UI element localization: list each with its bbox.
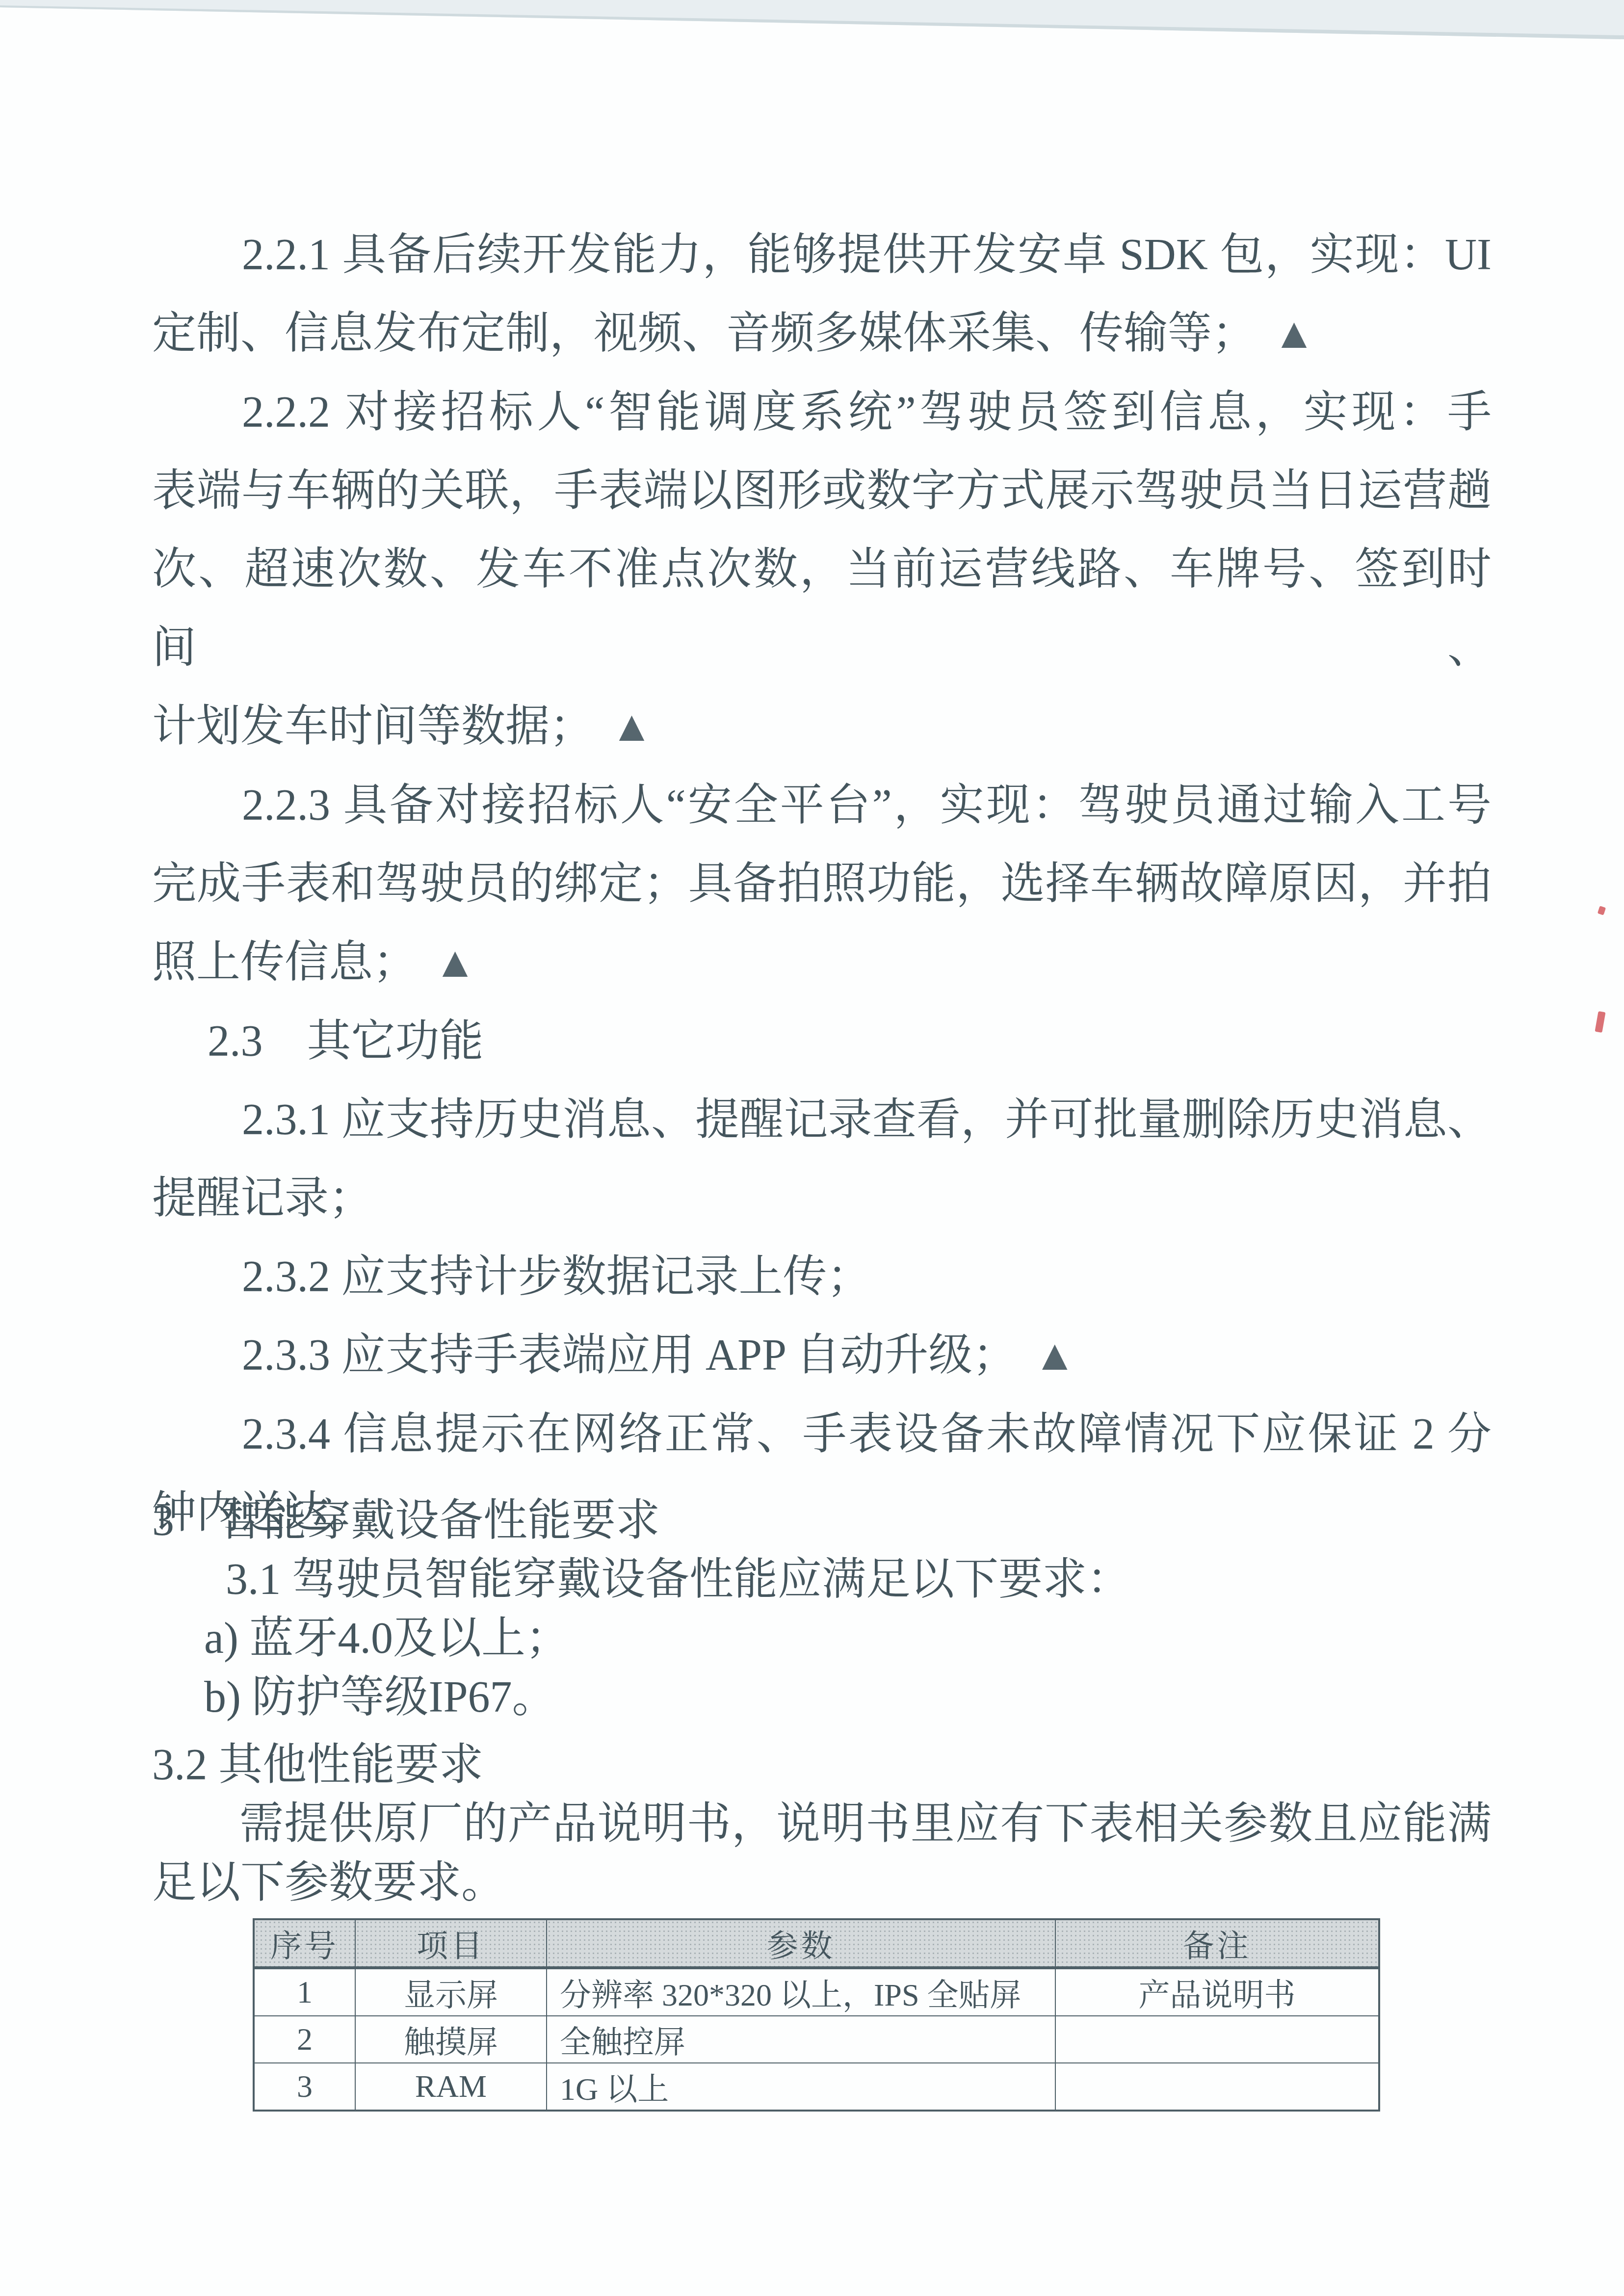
requirement-triangle-icon: ▲ [1033,1332,1076,1380]
paragraph-line: 照上传信息；▲ [152,923,1492,1002]
section3-block: 3 智能穿戴设备性能要求 3.1 驾驶员智能穿戴设备性能应满足以下要求： a) … [152,1491,1492,1912]
table-cell-item: 触摸屏 [355,2016,547,2063]
line-text: 计划发车时间等数据； [152,702,594,751]
line-text: 3.2 其他性能要求 [152,1741,483,1789]
paragraph-line: 2.3.4 信息提示在网络正常、手表设备未故障情况下应保证 2 分 [152,1395,1492,1474]
line-text: 2.3.2 应支持计步数据记录上传； [242,1252,871,1301]
table-cell-index: 1 [254,1968,355,2016]
table-row: 3 RAM 1G 以上 [254,2063,1379,2111]
line-text: 2.2.3 具备对接招标人“安全平台”，实现：驾驶员通过输入工号 [242,781,1492,830]
table-header-row: 序号 项目 参数 备注 [254,1919,1379,1968]
table-header-cell-parameter: 参数 [547,1919,1055,1968]
table-cell-parameter: 全触控屏 [547,2016,1055,2063]
table-row: 1 显示屏 分辨率 320*320 以上，IPS 全贴屏 产品说明书 [254,1968,1379,2016]
paragraph-line: 2.3.3 应支持手表端应用 APP 自动升级；▲ [152,1316,1492,1395]
line-text: 2.3 其它功能 [208,1017,484,1066]
section-heading-2-3: 2.3 其它功能 [152,1002,1492,1081]
table-cell-item: 显示屏 [355,1968,547,2016]
requirement-triangle-icon: ▲ [610,703,653,751]
paragraph-line: 定制、信息发布定制，视频、音频多媒体采集、传输等；▲ [152,294,1492,373]
line-text: 提醒记录； [152,1174,373,1223]
red-ink-speck [1595,1011,1605,1033]
spec-table: 序号 项目 参数 备注 1 显示屏 分辨率 320*320 以上，IPS 全贴屏… [253,1918,1380,2112]
table-header-cell-item: 项目 [355,1919,547,1968]
paragraph-line: 完成手表和驾驶员的绑定；具备拍照功能，选择车辆故障原因，并拍 [152,845,1492,923]
section-heading-3: 3 智能穿戴设备性能要求 [152,1491,1492,1550]
table-cell-parameter: 1G 以上 [547,2063,1055,2111]
paragraph-line: 次、超速次数、发车不准点次数，当前运营线路、车牌号、签到时间、 [152,530,1492,687]
line-text: 2.3.3 应支持手表端应用 APP 自动升级； [242,1331,1017,1380]
requirement-triangle-icon: ▲ [1273,310,1315,358]
paragraph-line: 2.2.2 对接招标人“智能调度系统”驾驶员签到信息，实现：手 [152,373,1492,452]
table-cell-parameter: 分辨率 320*320 以上，IPS 全贴屏 [547,1968,1055,2016]
paragraph-line: 计划发车时间等数据；▲ [152,687,1492,766]
line-text: 3 智能穿戴设备性能要求 [152,1496,660,1545]
line-text: 足以下参数要求。 [152,1858,505,1907]
line-text: a) 蓝牙4.0及以上； [204,1614,570,1663]
table-cell-remark: 产品说明书 [1055,1968,1379,2016]
table-cell-item: RAM [355,2063,547,2111]
table-header-cell-index: 序号 [254,1919,355,1968]
line-text: 定制、信息发布定制，视频、音频多媒体采集、传输等； [152,309,1256,358]
section-heading-3-1: 3.1 驾驶员智能穿戴设备性能应满足以下要求： [152,1550,1492,1609]
line-text: 照上传信息； [152,938,417,987]
requirement-triangle-icon: ▲ [434,939,476,987]
paragraph-line: 足以下参数要求。 [152,1853,1492,1912]
table-cell-index: 2 [254,2016,355,2063]
document-page: { "palette": { "ink": "#44555d", "triang… [0,0,1624,2296]
line-text: 表端与车辆的关联，手表端以图形或数字方式展示驾驶员当日运营趟 [152,467,1492,515]
line-text: 2.2.1 具备后续开发能力，能够提供开发安卓 SDK 包，实现：UI [242,231,1492,279]
table-cell-remark [1055,2016,1379,2063]
paragraph-line: 提醒记录； [152,1159,1492,1238]
scan-artifact-band [0,0,1624,47]
line-text: b) 防护等级IP67。 [204,1673,556,1722]
line-text: 次、超速次数、发车不准点次数，当前运营线路、车牌号、签到时间、 [152,545,1492,672]
line-text: 2.3.4 信息提示在网络正常、手表设备未故障情况下应保证 2 分 [242,1410,1492,1459]
paragraph-line: 2.2.1 具备后续开发能力，能够提供开发安卓 SDK 包，实现：UI [152,216,1492,294]
table-cell-index: 3 [254,2063,355,2111]
paragraph-line: 2.3.2 应支持计步数据记录上传； [152,1238,1492,1316]
line-text: 完成手表和驾驶员的绑定；具备拍照功能，选择车辆故障原因，并拍 [152,860,1492,908]
paragraph-line: 2.2.3 具备对接招标人“安全平台”，实现：驾驶员通过输入工号 [152,766,1492,845]
list-item-b: b) 防护等级IP67。 [152,1668,1492,1727]
table-cell-remark [1055,2063,1379,2111]
section-heading-3-2: 3.2 其他性能要求 [152,1736,1492,1795]
line-text: 2.2.2 对接招标人“智能调度系统”驾驶员签到信息，实现：手 [242,388,1492,437]
scan-band-edge [0,5,1624,39]
list-item-a: a) 蓝牙4.0及以上； [152,1609,1492,1668]
table-header-cell-remark: 备注 [1055,1919,1379,1968]
paragraph-line: 表端与车辆的关联，手表端以图形或数字方式展示驾驶员当日运营趟 [152,452,1492,530]
scan-band-shape [0,0,1624,39]
red-ink-speck [1598,906,1606,915]
line-text: 3.1 驾驶员智能穿戴设备性能应满足以下要求： [226,1555,1131,1604]
line-text: 2.3.1 应支持历史消息、提醒记录查看，并可批量删除历史消息、 [242,1096,1492,1144]
paragraph-line: 需提供原厂的产品说明书，说明书里应有下表相关参数且应能满 [152,1795,1492,1853]
line-text: 需提供原厂的产品说明书，说明书里应有下表相关参数且应能满 [239,1800,1492,1848]
table-row: 2 触摸屏 全触控屏 [254,2016,1379,2063]
paragraph-line: 2.3.1 应支持历史消息、提醒记录查看，并可批量删除历史消息、 [152,1081,1492,1159]
body-text-block: 2.2.1 具备后续开发能力，能够提供开发安卓 SDK 包，实现：UI 定制、信… [152,216,1492,1552]
